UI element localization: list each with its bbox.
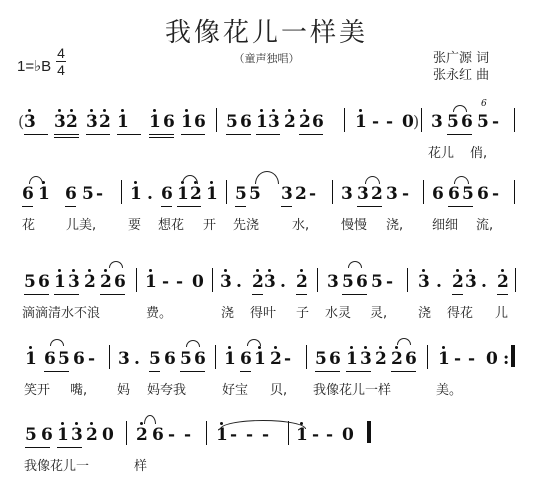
dash: - <box>176 272 183 292</box>
octave-dot <box>300 269 303 272</box>
beam <box>149 137 174 138</box>
note: 3 <box>465 272 477 292</box>
note: 5 <box>447 112 459 132</box>
note: 2 <box>86 425 98 445</box>
dash: - <box>309 184 316 204</box>
beam <box>177 206 201 207</box>
dot: . <box>436 272 442 292</box>
note: 2 <box>497 272 509 292</box>
beam <box>117 134 141 135</box>
beam <box>44 371 69 372</box>
lyric: 贝, <box>270 379 287 398</box>
note: 6 <box>432 184 444 204</box>
note: 3 <box>418 272 430 292</box>
note: 6 <box>194 349 206 369</box>
lyric: 慢慢 <box>341 214 367 233</box>
octave-dot <box>364 346 367 349</box>
note: 2 <box>371 184 383 204</box>
beam <box>226 134 251 135</box>
beam <box>497 294 508 295</box>
beam <box>54 134 79 135</box>
note: 6 <box>448 184 460 204</box>
note: 2 <box>295 184 307 204</box>
note: 5 <box>477 112 489 132</box>
note: 3 <box>386 184 398 204</box>
note: 6 <box>240 112 252 132</box>
barline <box>215 345 216 369</box>
final-barline <box>367 421 371 443</box>
note: 3 <box>71 425 83 445</box>
barline <box>421 108 422 132</box>
slur <box>247 339 261 346</box>
beam <box>181 134 205 135</box>
note: 2 <box>84 272 96 292</box>
note: 6 <box>152 425 164 445</box>
note: 1 <box>254 349 266 369</box>
beam <box>235 206 246 207</box>
dash: - <box>402 184 409 204</box>
slur <box>144 415 156 424</box>
dash: - <box>88 349 95 369</box>
beam <box>299 134 323 135</box>
beam <box>149 134 174 135</box>
dash: - <box>284 349 291 369</box>
octave-dot <box>90 422 93 425</box>
octave-dot <box>88 269 91 272</box>
octave-dot <box>29 346 32 349</box>
note: 5 <box>235 184 247 204</box>
octave-dot <box>72 269 75 272</box>
note: 3 <box>54 112 66 132</box>
lyric: 得叶 <box>250 302 276 321</box>
lyric: 灵, <box>370 302 387 321</box>
note: 1 <box>224 349 236 369</box>
note: 3 <box>327 272 339 292</box>
beam <box>342 294 367 295</box>
lyric: 妈 <box>117 379 130 398</box>
octave-dot <box>75 422 78 425</box>
note: 1 <box>181 112 193 132</box>
note: 3 <box>24 112 36 132</box>
note: 5 <box>24 272 36 292</box>
note: 1 <box>177 184 189 204</box>
barline <box>332 180 333 204</box>
dot: . <box>481 272 487 292</box>
dash: - <box>326 425 333 445</box>
dot: . <box>280 272 286 292</box>
lyric: 得花 <box>447 302 473 321</box>
beam <box>240 371 251 372</box>
note: 1 <box>256 112 268 132</box>
rest: 0 <box>486 349 498 369</box>
grace-note: 6 <box>481 99 487 109</box>
octave-dot <box>260 109 263 112</box>
note: 3 <box>281 184 293 204</box>
note: 2 <box>296 272 308 292</box>
note: 5 <box>249 184 261 204</box>
lyric: 浇 <box>221 302 234 321</box>
beam <box>57 447 82 448</box>
dot: . <box>147 184 153 204</box>
octave-dot <box>442 346 445 349</box>
octave-dot <box>103 109 106 112</box>
note: 3 <box>268 112 280 132</box>
octave-dot <box>395 346 398 349</box>
note: 6 <box>22 184 34 204</box>
lyric: 滴滴清水不浪 <box>22 302 100 321</box>
octave-dot <box>134 181 137 184</box>
note: 6 <box>461 112 473 132</box>
lyric: 浇 <box>418 302 431 321</box>
barline <box>514 180 515 204</box>
key-signature: 1=♭B <box>17 57 51 75</box>
barline <box>212 268 213 292</box>
note: 6 <box>38 272 50 292</box>
dash: - <box>162 272 169 292</box>
lyric: 样 <box>134 455 147 474</box>
note: 6 <box>114 272 126 292</box>
note: 2 <box>136 425 148 445</box>
slur <box>453 105 467 112</box>
beam <box>357 206 382 207</box>
beam <box>22 206 33 207</box>
dash: - <box>386 272 393 292</box>
octave-dot <box>140 422 143 425</box>
note: 6 <box>194 112 206 132</box>
octave-dot <box>456 269 459 272</box>
note: 1 <box>57 425 69 445</box>
lyric: 浇, <box>386 214 403 233</box>
note: 3 <box>264 272 276 292</box>
lyric: 妈夸我 <box>147 379 186 398</box>
slur <box>186 340 200 347</box>
barline <box>206 421 207 445</box>
lyric: 子 <box>296 302 309 321</box>
lyric: 开 <box>203 214 216 233</box>
barline <box>515 268 516 292</box>
beam <box>180 371 205 372</box>
note: 6 <box>329 349 341 369</box>
lyricist: 张广源 词 <box>433 50 489 67</box>
octave-dot <box>303 109 306 112</box>
lyric: 想花 <box>158 214 184 233</box>
note: 2 <box>270 349 282 369</box>
octave-dot <box>501 269 504 272</box>
lyric: 美。 <box>436 379 462 398</box>
lyric: 花儿 <box>428 142 454 161</box>
note: 1 <box>346 349 358 369</box>
octave-dot <box>256 269 259 272</box>
repeat-sign: : <box>503 349 509 369</box>
octave-dot <box>58 109 61 112</box>
note: 2 <box>299 112 311 132</box>
lyric: 水, <box>292 214 309 233</box>
octave-dot <box>288 109 291 112</box>
octave-dot <box>58 269 61 272</box>
note: 2 <box>452 272 464 292</box>
dash: - <box>492 184 499 204</box>
note: 6 <box>73 349 85 369</box>
rest: 0 <box>342 425 354 445</box>
repeat-end-barline <box>511 345 515 367</box>
note: 1 <box>130 184 142 204</box>
score-line-3: 5 6 1 3 2 2 6 1 - - 0 3 . 2 3 . 2 3 5 6 … <box>0 260 533 320</box>
slur <box>182 175 198 184</box>
note: 5 <box>371 272 383 292</box>
slur <box>50 339 64 346</box>
octave-dot <box>90 109 93 112</box>
note: 1 <box>149 112 161 132</box>
note: 6 <box>44 349 56 369</box>
note: 6 <box>161 184 173 204</box>
octave-dot <box>350 346 353 349</box>
slur <box>397 338 411 345</box>
barline <box>306 345 307 369</box>
note: 2 <box>66 112 78 132</box>
octave-dot <box>153 109 156 112</box>
note: 6 <box>405 349 417 369</box>
beam <box>256 134 280 135</box>
lyric: 俏, <box>470 142 487 161</box>
barline <box>317 268 318 292</box>
octave-dot <box>379 346 382 349</box>
note: 1 <box>145 272 157 292</box>
beam <box>391 371 416 372</box>
note: 1 <box>25 349 37 369</box>
note: 6 <box>312 112 324 132</box>
octave-dot <box>422 269 425 272</box>
time-signature: 4 4 <box>56 46 66 77</box>
beam <box>161 206 172 207</box>
note: 2 <box>284 112 296 132</box>
lyric: 儿美, <box>66 214 96 233</box>
credits: 张广源 词 张永红 曲 <box>433 50 489 84</box>
note: 6 <box>65 184 77 204</box>
lyric: 要 <box>128 214 141 233</box>
beam <box>54 294 79 295</box>
lyric: 流, <box>476 214 493 233</box>
note: 3 <box>68 272 80 292</box>
beam <box>281 206 292 207</box>
barline <box>226 180 227 204</box>
barline <box>216 108 217 132</box>
beam <box>447 134 472 135</box>
barline <box>423 180 424 204</box>
dot: . <box>236 272 242 292</box>
note: 5 <box>25 425 37 445</box>
beam <box>86 134 110 135</box>
slur <box>255 171 279 184</box>
lyric: 嘴, <box>70 379 87 398</box>
note: 1 <box>206 184 218 204</box>
octave-dot <box>359 109 362 112</box>
note: 6 <box>164 349 176 369</box>
note: 2 <box>375 349 387 369</box>
note: 3 <box>360 349 372 369</box>
lyric: 费。 <box>146 302 172 321</box>
dash: - <box>96 184 103 204</box>
score-line-4: 1 6 5 6 - 3 . 5 6 5 6 1 6 1 2 - 5 6 1 3 … <box>0 337 533 397</box>
barline <box>136 268 137 292</box>
note: 1 <box>438 349 450 369</box>
slur <box>109 261 123 268</box>
octave-dot <box>272 109 275 112</box>
note: 3 <box>86 112 98 132</box>
barline <box>126 421 127 445</box>
dash: - <box>168 425 175 445</box>
lyric: 先浇 <box>233 214 259 233</box>
octave-dot <box>185 109 188 112</box>
note: 5 <box>149 349 161 369</box>
note: 3 <box>431 112 443 132</box>
slur <box>365 176 380 184</box>
dash: - <box>454 349 461 369</box>
barline <box>407 268 408 292</box>
note: 2 <box>100 272 112 292</box>
score-line-1: ( 3 3 2 3 2 1 1 6 1 6 5 6 1 3 2 2 6 1 - … <box>0 100 533 160</box>
time-denominator: 4 <box>57 62 65 78</box>
octave-dot <box>61 422 64 425</box>
octave-dot <box>268 269 271 272</box>
note: 5 <box>462 184 474 204</box>
beam <box>24 294 49 295</box>
composer: 张永红 曲 <box>433 67 489 84</box>
slur <box>29 176 43 184</box>
beam <box>448 206 473 207</box>
lyric: 我像花儿一样 <box>313 379 391 398</box>
note: 3 <box>357 184 369 204</box>
octave-dot <box>104 269 107 272</box>
lyric: 水灵 <box>325 302 351 321</box>
dot: . <box>134 349 140 369</box>
note: 6 <box>477 184 489 204</box>
barline <box>427 345 428 369</box>
rest: 0 <box>102 425 114 445</box>
beam <box>452 294 463 295</box>
note: 2 <box>99 112 111 132</box>
dash: - <box>492 112 499 132</box>
dash: - <box>468 349 475 369</box>
song-title: 我像花儿一样美 <box>0 12 533 49</box>
beam <box>149 371 160 372</box>
note: 2 <box>391 349 403 369</box>
note: 5 <box>180 349 192 369</box>
octave-dot <box>121 109 124 112</box>
beam <box>346 371 371 372</box>
note: 1 <box>38 184 50 204</box>
beam <box>24 134 48 135</box>
beam <box>315 371 340 372</box>
dash: - <box>184 425 191 445</box>
octave-dot <box>224 269 227 272</box>
note: 6 <box>41 425 53 445</box>
lyric: 笑开 <box>24 379 50 398</box>
note: 1 <box>355 112 367 132</box>
slur <box>454 176 469 184</box>
beam <box>296 294 307 295</box>
note: 5 <box>82 184 94 204</box>
dash: - <box>372 112 379 132</box>
barline <box>109 345 110 369</box>
note: 6 <box>163 112 175 132</box>
beam <box>65 206 76 207</box>
tie <box>220 420 306 429</box>
barline <box>344 108 345 132</box>
octave-dot <box>258 346 261 349</box>
score-line-2: 6 1 6 5 - 1 . 6 1 2 1 5 5 3 2 - 3 3 2 3 … <box>0 172 533 232</box>
lyric: 细细 <box>432 214 458 233</box>
dash: - <box>386 112 393 132</box>
note: 1 <box>54 272 66 292</box>
octave-dot <box>28 109 31 112</box>
dash: - <box>312 425 319 445</box>
lyric: 儿 <box>495 302 508 321</box>
beam <box>54 137 79 138</box>
octave-dot <box>70 109 73 112</box>
beam <box>25 447 50 448</box>
note-paren: ) <box>413 112 419 131</box>
slur <box>348 261 362 268</box>
octave-dot <box>149 269 152 272</box>
note: 1 <box>117 112 129 132</box>
lyric: 好宝 <box>222 379 248 398</box>
note: 3 <box>118 349 130 369</box>
beam <box>252 294 263 295</box>
note: 6 <box>240 349 252 369</box>
lyric: 花 <box>22 214 35 233</box>
note: 2 <box>252 272 264 292</box>
note: 5 <box>58 349 70 369</box>
lyric: 我像花儿一 <box>24 455 89 474</box>
note: 2 <box>190 184 202 204</box>
octave-dot <box>228 346 231 349</box>
octave-dot <box>469 269 472 272</box>
rest: 0 <box>192 272 204 292</box>
octave-dot <box>274 346 277 349</box>
note: 3 <box>220 272 232 292</box>
note: 6 <box>356 272 368 292</box>
barline <box>514 108 515 132</box>
octave-dot <box>210 181 213 184</box>
score-line-5: 5 6 1 3 2 0 2 6 - - 1 - - - 1 - - 0 我像花儿… <box>0 413 533 473</box>
note: 5 <box>315 349 327 369</box>
note: 5 <box>342 272 354 292</box>
note: 3 <box>341 184 353 204</box>
note: 5 <box>226 112 238 132</box>
barline <box>121 180 122 204</box>
beam <box>100 294 125 295</box>
time-numerator: 4 <box>57 45 65 61</box>
